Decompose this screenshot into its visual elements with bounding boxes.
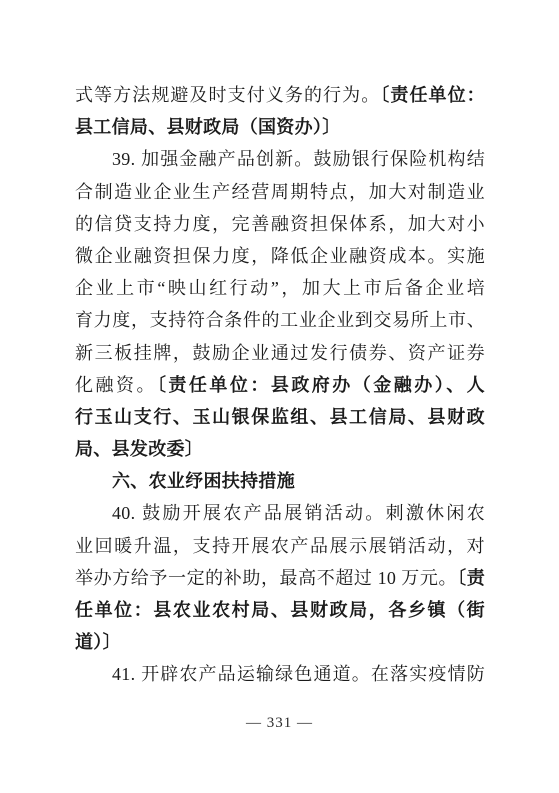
text-segment: 的信贷支持力度，完善融资担保体系，加大对小 bbox=[75, 214, 485, 234]
text-segment: 新三板挂牌，鼓励企业通过发行债券、资产证券 bbox=[75, 343, 485, 363]
text-line: 任单位：县农业农村局、县财政局，各乡镇（街 bbox=[75, 594, 485, 626]
text-line: 化融资。〔责任单位：县政府办（金融办）、人 bbox=[75, 369, 485, 401]
text-line: 41. 开辟农产品运输绿色通道。在落实疫情防 bbox=[75, 658, 485, 690]
bold-text-segment: 行玉山支行、玉山银保监组、县工信局、县财政 bbox=[75, 407, 485, 427]
text-line: 微企业融资担保力度，降低企业融资成本。实施 bbox=[75, 240, 485, 272]
text-segment: 化融资。 bbox=[75, 375, 157, 395]
text-segment: 40. bbox=[112, 503, 142, 523]
text-segment: 企业上市“映山红行动”，加大上市后备企业培 bbox=[75, 278, 485, 298]
text-line: 举办方给予一定的补助，最高不超过 10 万元。〔责 bbox=[75, 562, 485, 594]
text-line: 六、农业纾困扶持措施 bbox=[75, 465, 485, 497]
page-number: — 331 — bbox=[0, 711, 559, 735]
document-page: 式等方法规避及时支付义务的行为。〔责任单位：县工信局、县财政局（国资办）〕39.… bbox=[0, 0, 559, 793]
bold-text-segment: 道）〕 bbox=[75, 632, 121, 652]
text-segment: 举办方给予一定的补助，最高不超过 10 万元。 bbox=[75, 568, 457, 588]
bold-text-segment: 县工信局、县财政局（国资办）〕 bbox=[75, 117, 341, 137]
text-segment: 鼓励银行保险机构结 bbox=[313, 149, 485, 169]
bold-text-segment: 局、县发改委〕 bbox=[75, 439, 203, 459]
text-line: 育力度，支持符合条件的工业企业到交易所上市、 bbox=[75, 304, 485, 336]
text-line: 企业上市“映山红行动”，加大上市后备企业培 bbox=[75, 272, 485, 304]
text-segment: 刺激休闲农 bbox=[386, 503, 485, 523]
text-line: 县工信局、县财政局（国资办）〕 bbox=[75, 111, 485, 143]
text-segment: 41. bbox=[112, 664, 141, 684]
text-line: 业回暖升温，支持开展农产品展示展销活动，对 bbox=[75, 530, 485, 562]
bold-text-segment: 〔责 bbox=[457, 568, 485, 588]
text-segment: 在落实疫情防 bbox=[371, 664, 485, 684]
document-body: 式等方法规避及时支付义务的行为。〔责任单位：县工信局、县财政局（国资办）〕39.… bbox=[75, 79, 485, 691]
text-segment: 业回暖升温，支持开展农产品展示展销活动，对 bbox=[75, 536, 485, 556]
text-segment: 育力度，支持符合条件的工业企业到交易所上市、 bbox=[75, 310, 485, 330]
bold-text-segment: 〔责任单位： bbox=[380, 85, 485, 105]
text-segment: 加强金融产品创新。 bbox=[141, 149, 313, 169]
text-segment: 开辟农产品运输绿色通道。 bbox=[141, 664, 371, 684]
text-line: 39. 加强金融产品创新。鼓励银行保险机构结 bbox=[75, 143, 485, 175]
bold-text-segment: 六、农业纾困扶持措施 bbox=[112, 471, 295, 491]
text-segment: 鼓励开展农产品展销活动。 bbox=[142, 503, 385, 523]
bold-text-segment: 任单位：县农业农村局、县财政局，各乡镇（街 bbox=[75, 600, 485, 620]
text-line: 新三板挂牌，鼓励企业通过发行债券、资产证券 bbox=[75, 337, 485, 369]
text-segment: 微企业融资担保力度，降低企业融资成本。实施 bbox=[75, 246, 485, 266]
text-segment: 式等方法规避及时支付义务的行为。 bbox=[75, 85, 380, 105]
text-segment: 39. bbox=[112, 149, 141, 169]
text-line: 40. 鼓励开展农产品展销活动。刺激休闲农 bbox=[75, 497, 485, 529]
text-line: 行玉山支行、玉山银保监组、县工信局、县财政 bbox=[75, 401, 485, 433]
text-line: 局、县发改委〕 bbox=[75, 433, 485, 465]
text-segment: 合制造业企业生产经营周期特点，加大对制造业 bbox=[75, 182, 485, 202]
bold-text-segment: 〔责任单位：县政府办（金融办）、人 bbox=[157, 375, 485, 395]
text-line: 式等方法规避及时支付义务的行为。〔责任单位： bbox=[75, 79, 485, 111]
text-line: 道）〕 bbox=[75, 626, 485, 658]
text-line: 的信贷支持力度，完善融资担保体系，加大对小 bbox=[75, 208, 485, 240]
text-line: 合制造业企业生产经营周期特点，加大对制造业 bbox=[75, 176, 485, 208]
